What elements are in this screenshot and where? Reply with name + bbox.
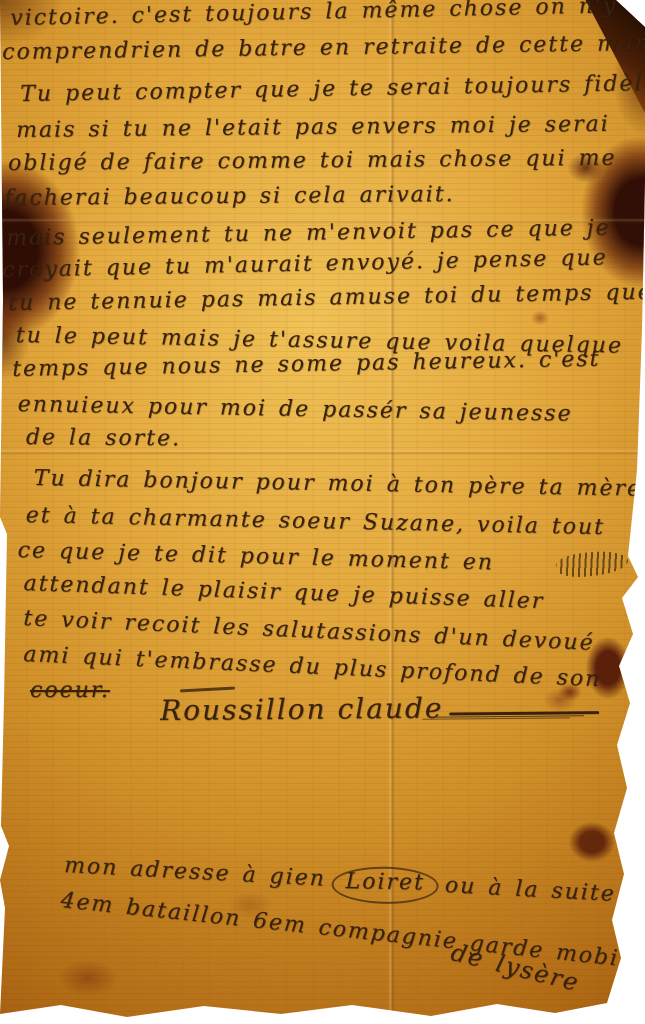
letter-line: facherai beaucoup si cela arivait.	[4, 182, 455, 211]
address-line-1-suffix: ou à la suite	[432, 872, 616, 907]
address-circled-word: Loiret	[331, 866, 439, 905]
letter-line: de la sorte.	[26, 425, 181, 451]
letter-line: obligé de faire comme toi mais chose qui…	[8, 146, 617, 176]
letter-line-struck-coeur: coeur.	[30, 678, 110, 703]
scanned-letter-page: victoire. c'est toujours la même chose o…	[0, 0, 645, 1024]
signature-line: Roussillon claude	[160, 690, 600, 727]
signature-flourish	[449, 711, 599, 715]
signature-name: Roussillon claude	[160, 692, 444, 727]
paper-sheet: victoire. c'est toujours la même chose o…	[0, 0, 645, 1024]
